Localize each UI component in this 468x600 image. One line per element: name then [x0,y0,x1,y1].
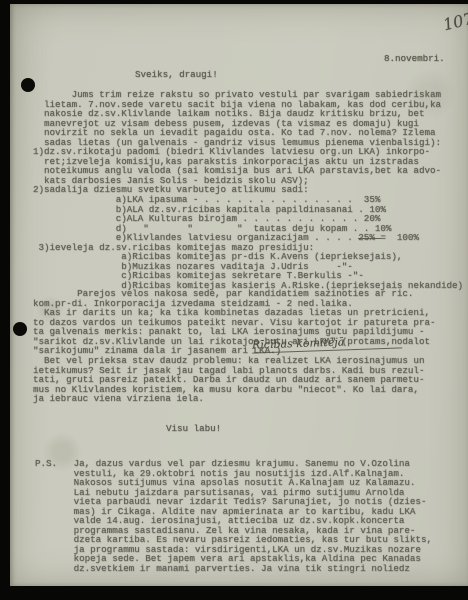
handwritten-page-number: 107 [441,9,468,35]
letter-closing: Visu labu! [166,424,221,434]
scanned-letter-screenshot: { "colors":{"paper":"#c9cabd","ink":"#63… [0,0,468,600]
hole-punch-icon [13,322,27,336]
letter-body-problems-paragraph: Bet vel prieksa stav daudz problemu: ka … [33,356,424,404]
letter-postscript: P.S. Ja, dazus vardus vel par dziesmu kr… [35,459,432,574]
percent-underline [358,238,381,239]
letter-page: 107 8.novembri. Sveiks, draugi! Jums tri… [10,4,468,586]
letter-date: 8.novembri. [384,54,445,64]
letter-salutation: Sveiks, draugi! [135,70,218,80]
letter-body-intro-and-resolutions: Jums trim reize rakstu so privato vestul… [33,90,463,290]
letter-body-election-note: Parejos velos nakosa sede, par kandidati… [33,289,413,308]
